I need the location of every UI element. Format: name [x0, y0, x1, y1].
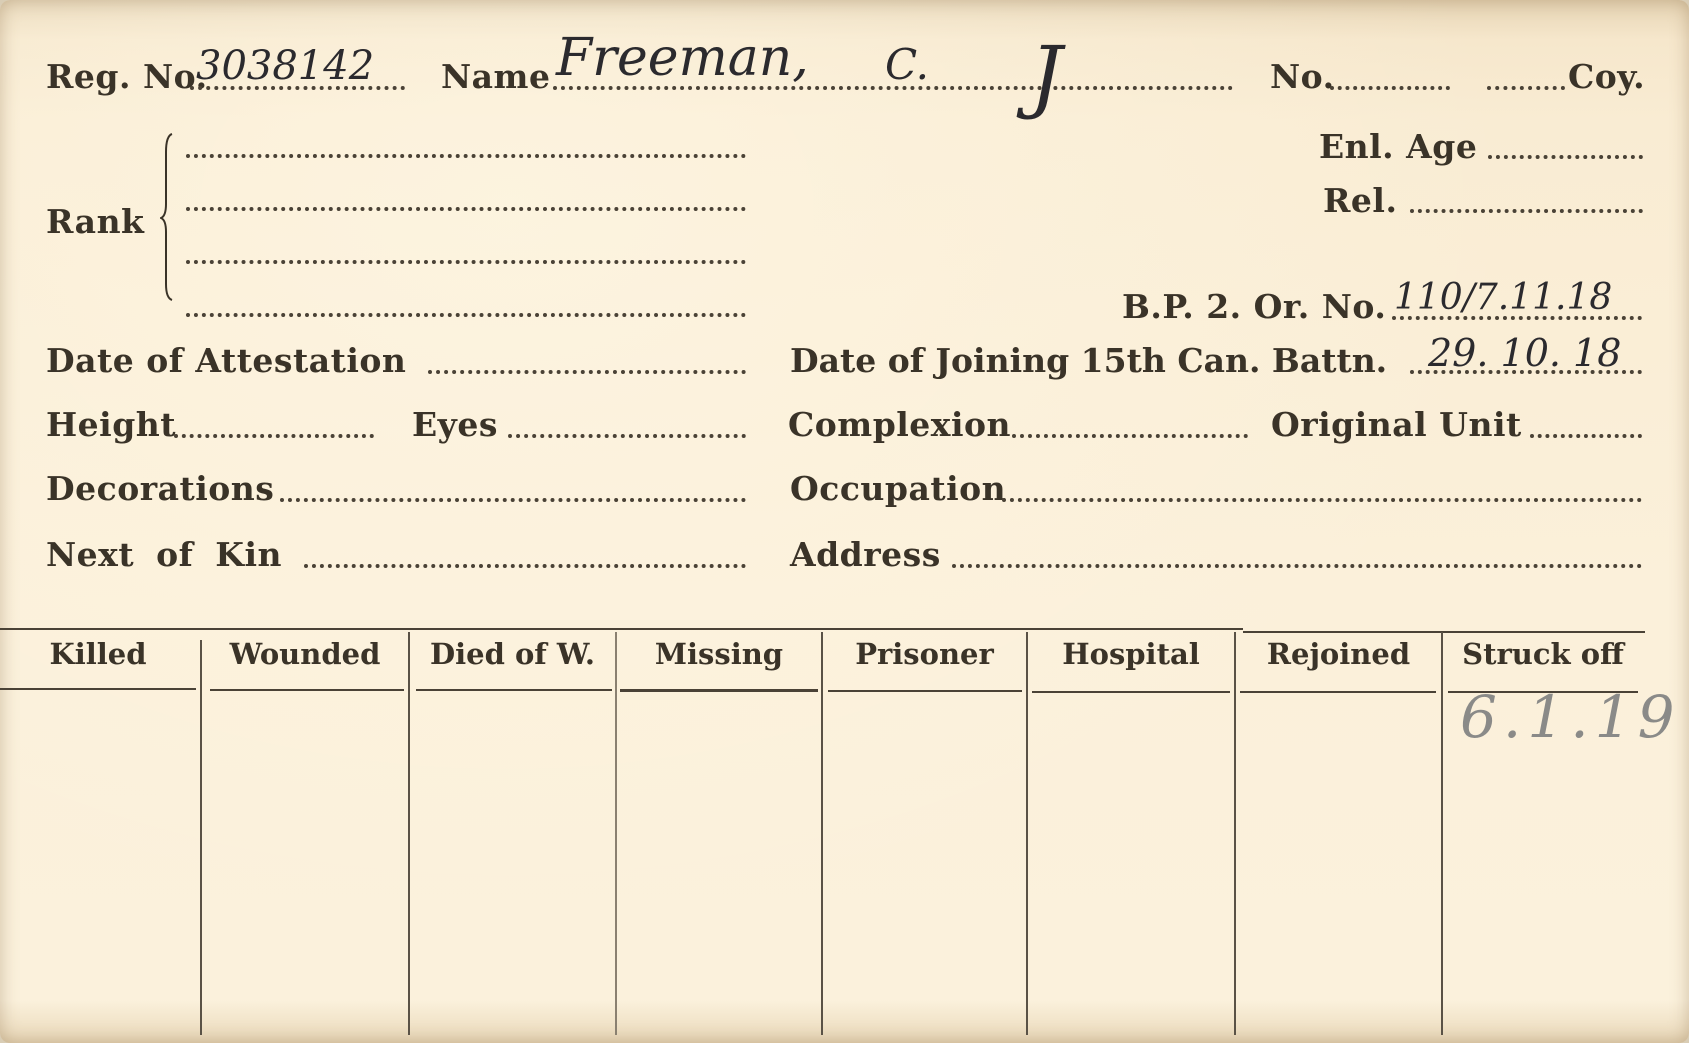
column-divider [1234, 632, 1236, 1035]
header-underline-rejoined [1240, 691, 1436, 693]
height-dotted-line[interactable] [174, 434, 374, 438]
column-header-died-of-wounds: Died of W. [410, 640, 615, 669]
height-label: Height [46, 408, 176, 441]
column-header-hospital: Hospital [1028, 640, 1234, 669]
date-of-joining-label: Date of Joining 15th Can. Battn. [790, 344, 1387, 377]
rank-label: Rank [46, 205, 144, 238]
complexion-label: Complexion [788, 408, 1011, 441]
original-unit-label: Original Unit [1271, 408, 1522, 441]
column-header-killed: Killed [0, 640, 196, 669]
complexion-dotted-line[interactable] [1012, 434, 1248, 438]
table-top-rule [0, 628, 1243, 630]
original-unit-dotted-line[interactable] [1530, 434, 1642, 438]
column-divider [1026, 632, 1028, 1035]
no-label: No. [1270, 60, 1335, 93]
header-underline-wounded [210, 689, 404, 691]
next-of-kin-label: Next of Kin [46, 538, 282, 571]
rank-line-2[interactable] [186, 207, 746, 211]
rank-line-4[interactable] [186, 313, 746, 317]
rank-line-3[interactable] [186, 260, 746, 264]
reg-no-label: Reg. No. [46, 60, 208, 93]
column-header-struck-off: Struck off [1443, 640, 1643, 669]
column-header-rejoined: Rejoined [1236, 640, 1441, 669]
enl-age-label: Enl. Age [1319, 130, 1477, 163]
occupation-dotted-line[interactable] [1002, 498, 1642, 502]
no-dotted-line [1330, 86, 1450, 90]
column-header-wounded: Wounded [202, 640, 408, 669]
date-of-attestation-dotted-line[interactable] [428, 370, 746, 374]
date-of-joining-value[interactable]: 29. 10. 18 [1428, 334, 1621, 372]
decorations-label: Decorations [46, 472, 274, 505]
attestation-card: Reg. No. 3038142 Name Freeman, C. J No. … [0, 0, 1689, 1043]
rel-dotted-line [1410, 209, 1643, 213]
eyes-label: Eyes [412, 408, 498, 441]
address-dotted-line[interactable] [952, 564, 1642, 568]
column-header-prisoner: Prisoner [823, 640, 1026, 669]
date-of-attestation-label: Date of Attestation [46, 344, 406, 377]
header-underline-missing [620, 689, 818, 692]
column-divider [1441, 632, 1443, 1035]
rel-label: Rel. [1323, 184, 1397, 217]
rank-line-1[interactable] [186, 154, 746, 158]
reg-no-value[interactable]: 3038142 [196, 46, 374, 86]
column-divider [408, 632, 410, 1035]
occupation-label: Occupation [790, 472, 1006, 505]
bp2-label: B.P. 2. Or. No. [1122, 290, 1386, 323]
name-surname-value[interactable]: Freeman, [556, 32, 809, 84]
next-of-kin-dotted-line[interactable] [304, 564, 746, 568]
column-header-missing: Missing [617, 640, 821, 669]
cell-struck-off[interactable]: 6.1.19 [1460, 688, 1680, 746]
name-initial-2[interactable]: J [1030, 36, 1062, 116]
header-underline-killed [0, 688, 196, 690]
brace-icon [160, 132, 176, 302]
eyes-dotted-line[interactable] [508, 434, 746, 438]
bp2-value[interactable]: 110/7.11.18 [1394, 280, 1612, 316]
coy-dotted-line [1487, 86, 1565, 90]
header-underline-hospital [1032, 691, 1230, 693]
coy-label: Coy. [1568, 60, 1645, 93]
enl-age-dotted-line [1488, 155, 1643, 159]
name-initial-1[interactable]: C. [885, 44, 929, 86]
address-label: Address [790, 538, 941, 571]
column-divider [821, 632, 823, 1035]
decorations-dotted-line[interactable] [280, 498, 746, 502]
header-underline-died [416, 689, 612, 691]
header-underline-prisoner [828, 690, 1022, 692]
table-top-rule-right [1243, 631, 1645, 633]
column-divider [615, 632, 617, 1035]
name-label: Name [441, 60, 550, 93]
column-divider [200, 640, 202, 1035]
